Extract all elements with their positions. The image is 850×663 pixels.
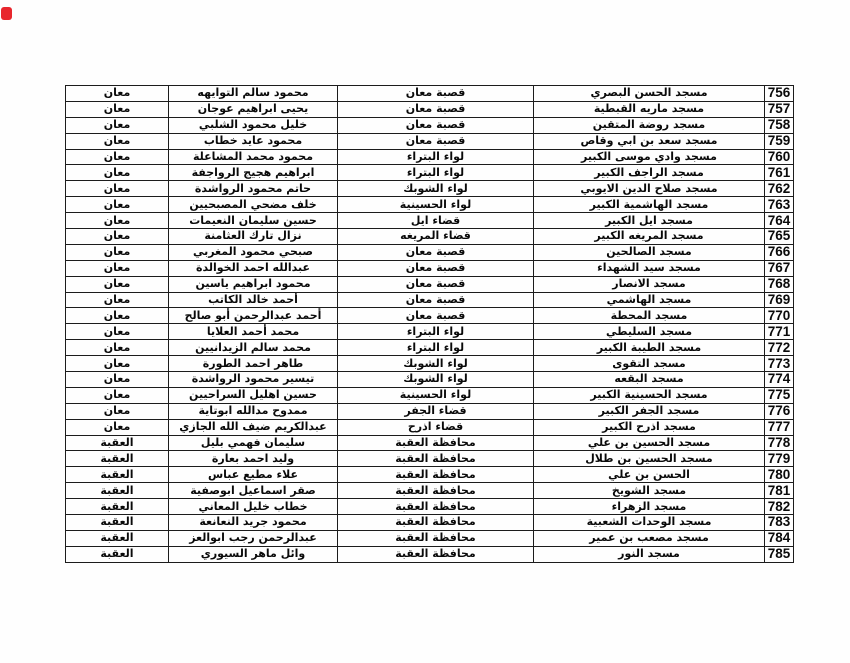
cell-serial-number: 767 — [765, 260, 794, 276]
cell-district: قصبة معان — [338, 86, 534, 102]
cell-mosque-name: مسجد ماريه القبطية — [534, 101, 765, 117]
table-row: 785مسجد النورمحافظة العقبةوائل ماهر السي… — [66, 546, 794, 562]
cell-district: قضاء ايل — [338, 213, 534, 229]
table-row: 776مسجد الجفر الكبيرقضاء الجفرممدوح مدال… — [66, 403, 794, 419]
cell-district: محافظة العقبة — [338, 515, 534, 531]
cell-district: لواء الشوبك — [338, 372, 534, 388]
table-row: 783مسجد الوحدات الشعبيةمحافظة العقبةمحمو… — [66, 515, 794, 531]
cell-imam-name: محمود سالم التوايهه — [169, 86, 338, 102]
cell-serial-number: 769 — [765, 292, 794, 308]
cell-serial-number: 775 — [765, 387, 794, 403]
cell-imam-name: محمد أحمد العلايا — [169, 324, 338, 340]
cell-district: لواء الحسينية — [338, 197, 534, 213]
cell-serial-number: 782 — [765, 499, 794, 515]
cell-serial-number: 756 — [765, 86, 794, 102]
cell-governorate: العقبة — [66, 467, 169, 483]
cell-serial-number: 780 — [765, 467, 794, 483]
table-row: 757مسجد ماريه القبطيةقصبة معانيحيى ابراه… — [66, 101, 794, 117]
cell-district: قصبة معان — [338, 133, 534, 149]
cell-governorate: العقبة — [66, 546, 169, 562]
cell-governorate: معان — [66, 213, 169, 229]
cell-governorate: العقبة — [66, 483, 169, 499]
cell-district: قصبة معان — [338, 308, 534, 324]
cell-imam-name: محمد سالم الزيدانيين — [169, 340, 338, 356]
table-row: 762مسجد صلاح الدين الايوبيلواء الشوبكحات… — [66, 181, 794, 197]
cell-governorate: معان — [66, 229, 169, 245]
table-row: 781مسجد الشويخمحافظة العقبةصقر اسماعيل ا… — [66, 483, 794, 499]
cell-serial-number: 759 — [765, 133, 794, 149]
cell-governorate: معان — [66, 419, 169, 435]
cell-imam-name: علاء مطيع عباس — [169, 467, 338, 483]
table-row: 771مسجد السليطيلواء البتراءمحمد أحمد الع… — [66, 324, 794, 340]
cell-imam-name: خطاب خليل المعاني — [169, 499, 338, 515]
cell-imam-name: خليل محمود الشلبي — [169, 117, 338, 133]
cell-district: لواء البتراء — [338, 324, 534, 340]
cell-governorate: العقبة — [66, 515, 169, 531]
cell-governorate: معان — [66, 149, 169, 165]
cell-district: لواء البتراء — [338, 340, 534, 356]
cell-governorate: معان — [66, 292, 169, 308]
cell-mosque-name: مسجد الوحدات الشعبية — [534, 515, 765, 531]
cell-district: قضاء المريغه — [338, 229, 534, 245]
cell-district: محافظة العقبة — [338, 435, 534, 451]
cell-district: محافظة العقبة — [338, 467, 534, 483]
table-row: 778مسجد الحسين بن عليمحافظة العقبةسليمان… — [66, 435, 794, 451]
cell-imam-name: نزال تارك العثامنة — [169, 229, 338, 245]
cell-district: قصبة معان — [338, 260, 534, 276]
cell-mosque-name: مسجد الهاشمية الكبير — [534, 197, 765, 213]
table-row: 772مسجد الطيبة الكبيرلواء البتراءمحمد سا… — [66, 340, 794, 356]
table-row: 774مسجد البقعهلواء الشوبكتيسير محمود الر… — [66, 372, 794, 388]
cell-governorate: معان — [66, 387, 169, 403]
cell-imam-name: محمود عايد خطاب — [169, 133, 338, 149]
cell-governorate: معان — [66, 165, 169, 181]
cell-district: قصبة معان — [338, 244, 534, 260]
cell-mosque-name: مسجد التقوى — [534, 356, 765, 372]
cell-governorate: معان — [66, 356, 169, 372]
cell-mosque-name: مسجد الحسن البصري — [534, 86, 765, 102]
table-row: 784مسجد مصعب بن عميرمحافظة العقبةعبدالرح… — [66, 530, 794, 546]
cell-governorate: معان — [66, 340, 169, 356]
cell-governorate: معان — [66, 403, 169, 419]
cell-serial-number: 777 — [765, 419, 794, 435]
cell-serial-number: 760 — [765, 149, 794, 165]
cell-governorate: معان — [66, 372, 169, 388]
cell-imam-name: عبدالكريم ضيف الله الجازي — [169, 419, 338, 435]
cell-governorate: معان — [66, 133, 169, 149]
cell-mosque-name: مسجد الانصار — [534, 276, 765, 292]
cell-serial-number: 770 — [765, 308, 794, 324]
cell-district: محافظة العقبة — [338, 546, 534, 562]
cell-mosque-name: مسجد الحسين بن طلال — [534, 451, 765, 467]
document-page: 756مسجد الحسن البصريقصبة معانمحمود سالم … — [0, 0, 850, 663]
cell-governorate: معان — [66, 197, 169, 213]
cell-governorate: العقبة — [66, 499, 169, 515]
cell-imam-name: تيسير محمود الرواشدة — [169, 372, 338, 388]
cell-mosque-name: مسجد سعد بن ابي وقاص — [534, 133, 765, 149]
cell-imam-name: محمود جريد النعانعة — [169, 515, 338, 531]
cell-district: قصبة معان — [338, 117, 534, 133]
cell-mosque-name: مسجد الجفر الكبير — [534, 403, 765, 419]
cell-mosque-name: مسجد المريغه الكبير — [534, 229, 765, 245]
cell-governorate: معان — [66, 181, 169, 197]
table-row: 759مسجد سعد بن ابي وقاصقصبة معانمحمود عا… — [66, 133, 794, 149]
cell-district: قضاء الجفر — [338, 403, 534, 419]
cell-district: قضاء اذرح — [338, 419, 534, 435]
cell-imam-name: ممدوح مدالله ابوتاية — [169, 403, 338, 419]
cell-serial-number: 779 — [765, 451, 794, 467]
cell-imam-name: حسين سليمان النعيمات — [169, 213, 338, 229]
cell-serial-number: 785 — [765, 546, 794, 562]
cell-district: قصبة معان — [338, 276, 534, 292]
table-row: 763مسجد الهاشمية الكبيرلواء الحسينيةخلف … — [66, 197, 794, 213]
cell-district: محافظة العقبة — [338, 483, 534, 499]
cell-governorate: معان — [66, 101, 169, 117]
cell-mosque-name: مسجد الشويخ — [534, 483, 765, 499]
cell-district: محافظة العقبة — [338, 451, 534, 467]
cell-mosque-name: مسجد ايل الكبير — [534, 213, 765, 229]
cell-governorate: معان — [66, 308, 169, 324]
cell-mosque-name: مسجد السليطي — [534, 324, 765, 340]
table-row: 765مسجد المريغه الكبيرقضاء المريغهنزال ت… — [66, 229, 794, 245]
cell-imam-name: صقر اسماعيل ابوصفية — [169, 483, 338, 499]
cell-imam-name: أحمد خالد الكاتب — [169, 292, 338, 308]
cell-serial-number: 766 — [765, 244, 794, 260]
cell-mosque-name: مسجد البقعه — [534, 372, 765, 388]
cell-mosque-name: مسجد وادي موسى الكبير — [534, 149, 765, 165]
table-row: 756مسجد الحسن البصريقصبة معانمحمود سالم … — [66, 86, 794, 102]
cell-district: قصبة معان — [338, 292, 534, 308]
cell-imam-name: عبدالله احمد الخوالدة — [169, 260, 338, 276]
cell-district: محافظة العقبة — [338, 530, 534, 546]
cell-mosque-name: مسجد اذرح الكبير — [534, 419, 765, 435]
table-row: 769مسجد الهاشميقصبة معانأحمد خالد الكاتب… — [66, 292, 794, 308]
cell-serial-number: 772 — [765, 340, 794, 356]
cell-mosque-name: مسجد روضة المتقين — [534, 117, 765, 133]
cell-imam-name: عبدالرحمن رجب ابوالعز — [169, 530, 338, 546]
cell-district: قصبة معان — [338, 101, 534, 117]
table-row: 764مسجد ايل الكبيرقضاء ايلحسين سليمان ال… — [66, 213, 794, 229]
cell-imam-name: حاتم محمود الرواشدة — [169, 181, 338, 197]
cell-district: لواء الشوبك — [338, 181, 534, 197]
cell-serial-number: 757 — [765, 101, 794, 117]
cell-serial-number: 778 — [765, 435, 794, 451]
cell-imam-name: محمود ابراهيم ياسين — [169, 276, 338, 292]
table-row: 770مسجد المحطةقصبة معانأحمد عبدالرحمن أب… — [66, 308, 794, 324]
cell-governorate: العقبة — [66, 435, 169, 451]
table-row: 768مسجد الانصارقصبة معانمحمود ابراهيم يا… — [66, 276, 794, 292]
table-row: 760مسجد وادي موسى الكبيرلواء البتراءمحمو… — [66, 149, 794, 165]
cell-serial-number: 764 — [765, 213, 794, 229]
cell-serial-number: 773 — [765, 356, 794, 372]
cell-imam-name: حسين اهليل السراحيين — [169, 387, 338, 403]
cell-imam-name: وائل ماهر السيوري — [169, 546, 338, 562]
cell-serial-number: 774 — [765, 372, 794, 388]
table-row: 758مسجد روضة المتقينقصبة معانخليل محمود … — [66, 117, 794, 133]
table-row: 777مسجد اذرح الكبيرقضاء اذرحعبدالكريم ضي… — [66, 419, 794, 435]
cell-imam-name: صبحي محمود المغربي — [169, 244, 338, 260]
cell-mosque-name: مسجد النور — [534, 546, 765, 562]
cell-governorate: العقبة — [66, 530, 169, 546]
cell-mosque-name: مسجد الصالحين — [534, 244, 765, 260]
table-row: 773مسجد التقوىلواء الشوبكطاهر احمد الطور… — [66, 356, 794, 372]
cell-governorate: معان — [66, 117, 169, 133]
cell-mosque-name: مسجد مصعب بن عمير — [534, 530, 765, 546]
cell-district: لواء البتراء — [338, 165, 534, 181]
table-row: 782مسجد الزهراءمحافظة العقبةخطاب خليل ال… — [66, 499, 794, 515]
cell-governorate: معان — [66, 260, 169, 276]
table-row: 767مسجد سيد الشهداءقصبة معانعبدالله احمد… — [66, 260, 794, 276]
cell-imam-name: سليمان فهمي بليل — [169, 435, 338, 451]
cell-serial-number: 762 — [765, 181, 794, 197]
mosques-table: 756مسجد الحسن البصريقصبة معانمحمود سالم … — [65, 85, 794, 563]
red-marker-icon — [1, 7, 12, 20]
cell-imam-name: طاهر احمد الطورة — [169, 356, 338, 372]
cell-serial-number: 768 — [765, 276, 794, 292]
cell-mosque-name: مسجد الطيبة الكبير — [534, 340, 765, 356]
cell-serial-number: 758 — [765, 117, 794, 133]
cell-governorate: معان — [66, 324, 169, 340]
cell-governorate: معان — [66, 244, 169, 260]
cell-mosque-name: مسجد المحطة — [534, 308, 765, 324]
table-body: 756مسجد الحسن البصريقصبة معانمحمود سالم … — [66, 86, 794, 563]
cell-serial-number: 776 — [765, 403, 794, 419]
cell-district: لواء البتراء — [338, 149, 534, 165]
cell-serial-number: 784 — [765, 530, 794, 546]
cell-district: لواء الحسينية — [338, 387, 534, 403]
cell-mosque-name: مسجد سيد الشهداء — [534, 260, 765, 276]
table-row: 780الحسن بن عليمحافظة العقبةعلاء مطيع عب… — [66, 467, 794, 483]
cell-district: محافظة العقبة — [338, 499, 534, 515]
cell-imam-name: خلف مضحي المصبحيين — [169, 197, 338, 213]
cell-serial-number: 783 — [765, 515, 794, 531]
cell-mosque-name: مسجد صلاح الدين الايوبي — [534, 181, 765, 197]
cell-serial-number: 771 — [765, 324, 794, 340]
table-row: 761مسجد الراجف الكبيرلواء البتراءابراهيم… — [66, 165, 794, 181]
cell-governorate: العقبة — [66, 451, 169, 467]
cell-imam-name: يحيى ابراهيم عوجان — [169, 101, 338, 117]
cell-district: لواء الشوبك — [338, 356, 534, 372]
cell-serial-number: 765 — [765, 229, 794, 245]
cell-governorate: معان — [66, 86, 169, 102]
cell-imam-name: أحمد عبدالرحمن أبو صالح — [169, 308, 338, 324]
cell-imam-name: ابراهيم هجيج الرواجفة — [169, 165, 338, 181]
cell-imam-name: وليد احمد بعارة — [169, 451, 338, 467]
cell-mosque-name: مسجد الراجف الكبير — [534, 165, 765, 181]
cell-mosque-name: مسجد الهاشمي — [534, 292, 765, 308]
cell-mosque-name: مسجد الزهراء — [534, 499, 765, 515]
table-row: 766مسجد الصالحينقصبة معانصبحي محمود المغ… — [66, 244, 794, 260]
cell-serial-number: 763 — [765, 197, 794, 213]
cell-governorate: معان — [66, 276, 169, 292]
cell-mosque-name: مسجد الحسين بن علي — [534, 435, 765, 451]
cell-imam-name: محمود محمد المشاعلة — [169, 149, 338, 165]
cell-serial-number: 761 — [765, 165, 794, 181]
table-row: 779مسجد الحسين بن طلالمحافظة العقبةوليد … — [66, 451, 794, 467]
cell-serial-number: 781 — [765, 483, 794, 499]
table-row: 775مسجد الحسينية الكبيرلواء الحسينيةحسين… — [66, 387, 794, 403]
cell-mosque-name: مسجد الحسينية الكبير — [534, 387, 765, 403]
cell-mosque-name: الحسن بن علي — [534, 467, 765, 483]
